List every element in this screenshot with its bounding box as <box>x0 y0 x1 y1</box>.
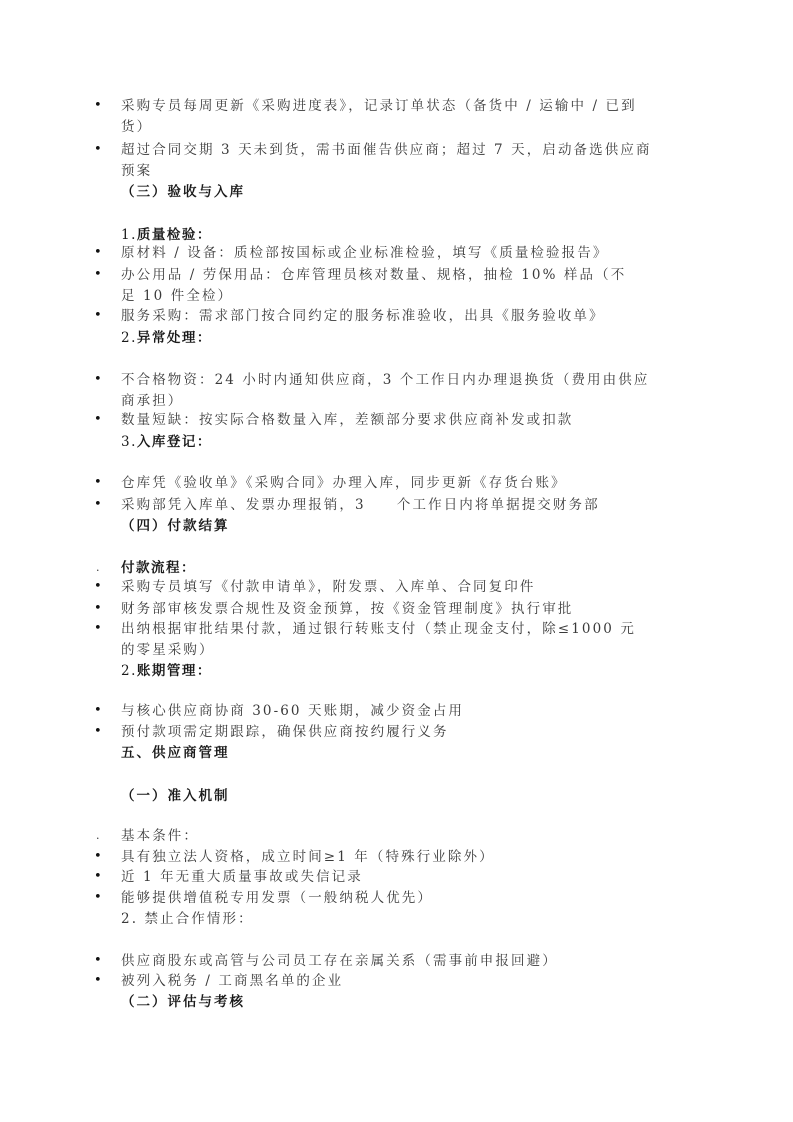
bullet-icon: • <box>94 618 104 640</box>
bullet-icon: • <box>94 866 104 888</box>
bullet-icon: • <box>94 887 104 909</box>
section-heading: （四）付款结算 <box>121 515 230 537</box>
bullet-icon: • <box>94 409 104 431</box>
subsection-number: 3. <box>121 434 137 450</box>
bullet-icon: • <box>94 970 104 992</box>
bullet-text: 具有独立法人资格，成立时间≥1 年（特殊行业除外） <box>121 846 495 868</box>
bullet-text: 采购专员每周更新《采购进度表》，记录订单状态（备货中 / 运输中 / 已到 <box>121 95 637 117</box>
bullet-icon: • <box>94 264 104 286</box>
bullet-icon: • <box>94 950 104 972</box>
bullet-icon: • <box>94 242 104 264</box>
subsection-title: 账期管理： <box>137 663 212 679</box>
subsection-number: 2. <box>121 330 137 346</box>
bullet-icon: • <box>94 139 104 161</box>
bullet-continuation-text: 货） <box>121 116 152 138</box>
subsection-number: 1. <box>121 227 137 243</box>
bullet-icon: • <box>94 576 104 598</box>
bullet-text: 预付款项需定期跟踪，确保供应商按约履行义务 <box>121 721 449 743</box>
bullet-text: 被列入税务 / 工商黑名单的企业 <box>121 970 343 992</box>
bullet-text: 财务部审核发票合规性及资金预算，按《资金管理制度》执行审批 <box>121 598 573 620</box>
bullet-text: 采购部凭入库单、发票办理报销，3 个工作日内将单据提交财务部 <box>121 494 600 516</box>
bullet-text: 办公用品 / 劳保用品：仓库管理员核对数量、规格，抽检 10% 样品（不 <box>121 264 626 286</box>
section-heading: （一）准入机制 <box>121 785 230 807</box>
bullet-text: 服务采购：需求部门按合同约定的服务标准验收，出具《服务验收单》 <box>121 305 605 327</box>
bullet-icon: • <box>94 305 104 327</box>
section-heading: （二）评估与考核 <box>121 991 245 1013</box>
bullet-text: 原材料 / 设备：质检部按国标或企业标准检验，填写《质量检验报告》 <box>121 242 608 264</box>
section-heading: （三）验收与入库 <box>121 181 245 203</box>
section-heading: 五、供应商管理 <box>121 742 230 764</box>
subsection-heading: 2.异常处理： <box>121 327 212 349</box>
subsection-title: 入库登记： <box>137 434 212 450</box>
bullet-continuation-text: 足 10 件全检） <box>121 285 233 307</box>
bullet-text: 供应商股东或高管与公司员工存在亲属关系（需事前申报回避） <box>121 950 558 972</box>
bullet-continuation-text: 的零星采购） <box>121 639 215 661</box>
bullet-text: 近 1 年无重大质量事故或失信记录 <box>121 866 363 888</box>
bullet-icon: • <box>94 369 104 391</box>
bullet-text: 与核心供应商协商 30-60 天账期，减少资金占用 <box>121 700 464 722</box>
subsection-heading: 2.账期管理： <box>121 660 212 682</box>
bullet-text: 超过合同交期 3 天未到货，需书面催告供应商；超过 7 天，启动备选供应商 <box>121 139 652 161</box>
bullet-text: 采购专员填写《付款申请单》，附发票、入库单、合同复印件 <box>121 576 535 598</box>
plain-label: 2. 禁止合作情形： <box>121 908 254 930</box>
bullet-icon: • <box>94 472 104 494</box>
bullet-text: 不合格物资：24 小时内通知供应商，3 个工作日内办理退换货（费用由供应 <box>121 369 649 391</box>
bullet-text: 能够提供增值税专用发票（一般纳税人优先） <box>121 887 433 909</box>
bullet-icon: • <box>94 95 104 117</box>
bullet-continuation-text: 预案 <box>121 160 152 182</box>
subsection-number: 2. <box>121 663 137 679</box>
bullet-icon: • <box>94 494 104 516</box>
bullet-icon: • <box>94 721 104 743</box>
subsection-title: 质量检验： <box>137 227 212 243</box>
subsection-title: 付款流程： <box>121 560 196 576</box>
bullet-icon: • <box>94 598 104 620</box>
subsection-heading: 3.入库登记： <box>121 431 212 453</box>
plain-label: 基本条件： <box>121 825 199 847</box>
bullet-icon: • <box>94 700 104 722</box>
bullet-text: 数量短缺：按实际合格数量入库，差额部分要求供应商补发或扣款 <box>121 409 573 431</box>
list-marker-icon: . <box>96 825 100 847</box>
bullet-text: 仓库凭《验收单》《采购合同》办理入库，同步更新《存货台账》 <box>121 472 567 494</box>
bullet-text: 出纳根据审批结果付款，通过银行转账支付（禁止现金支付，除≤1000 元 <box>121 618 636 640</box>
document-page: •采购专员每周更新《采购进度表》，记录订单状态（备货中 / 运输中 / 已到货）… <box>0 0 793 1122</box>
subsection-title: 异常处理： <box>137 330 212 346</box>
bullet-icon: • <box>94 846 104 868</box>
